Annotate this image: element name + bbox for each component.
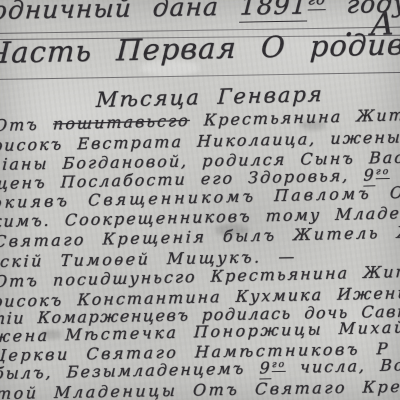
handwriting-segment: го	[272, 359, 287, 372]
handwriting-segment: числ	[390, 164, 400, 184]
handwriting-segment: пошитавьсго	[53, 111, 191, 134]
handwriting-segment: одничный дана	[0, 0, 241, 25]
handwriting-segment: 9	[259, 358, 272, 379]
header-date-line: одничный дана 1891го году Генваря	[0, 0, 400, 25]
handwriting-segment: го	[376, 166, 391, 179]
ruled-line-3	[0, 72, 400, 81]
handwriting-segment: Отъ	[0, 114, 53, 135]
handwriting-segment: го	[307, 0, 326, 10]
handwriting-segment: числа, Воспри	[286, 354, 400, 377]
handwriting-segment: 1891	[239, 0, 308, 23]
manuscript-page: одничный дана 1891го году Генваря. АЧаст…	[0, 0, 400, 400]
